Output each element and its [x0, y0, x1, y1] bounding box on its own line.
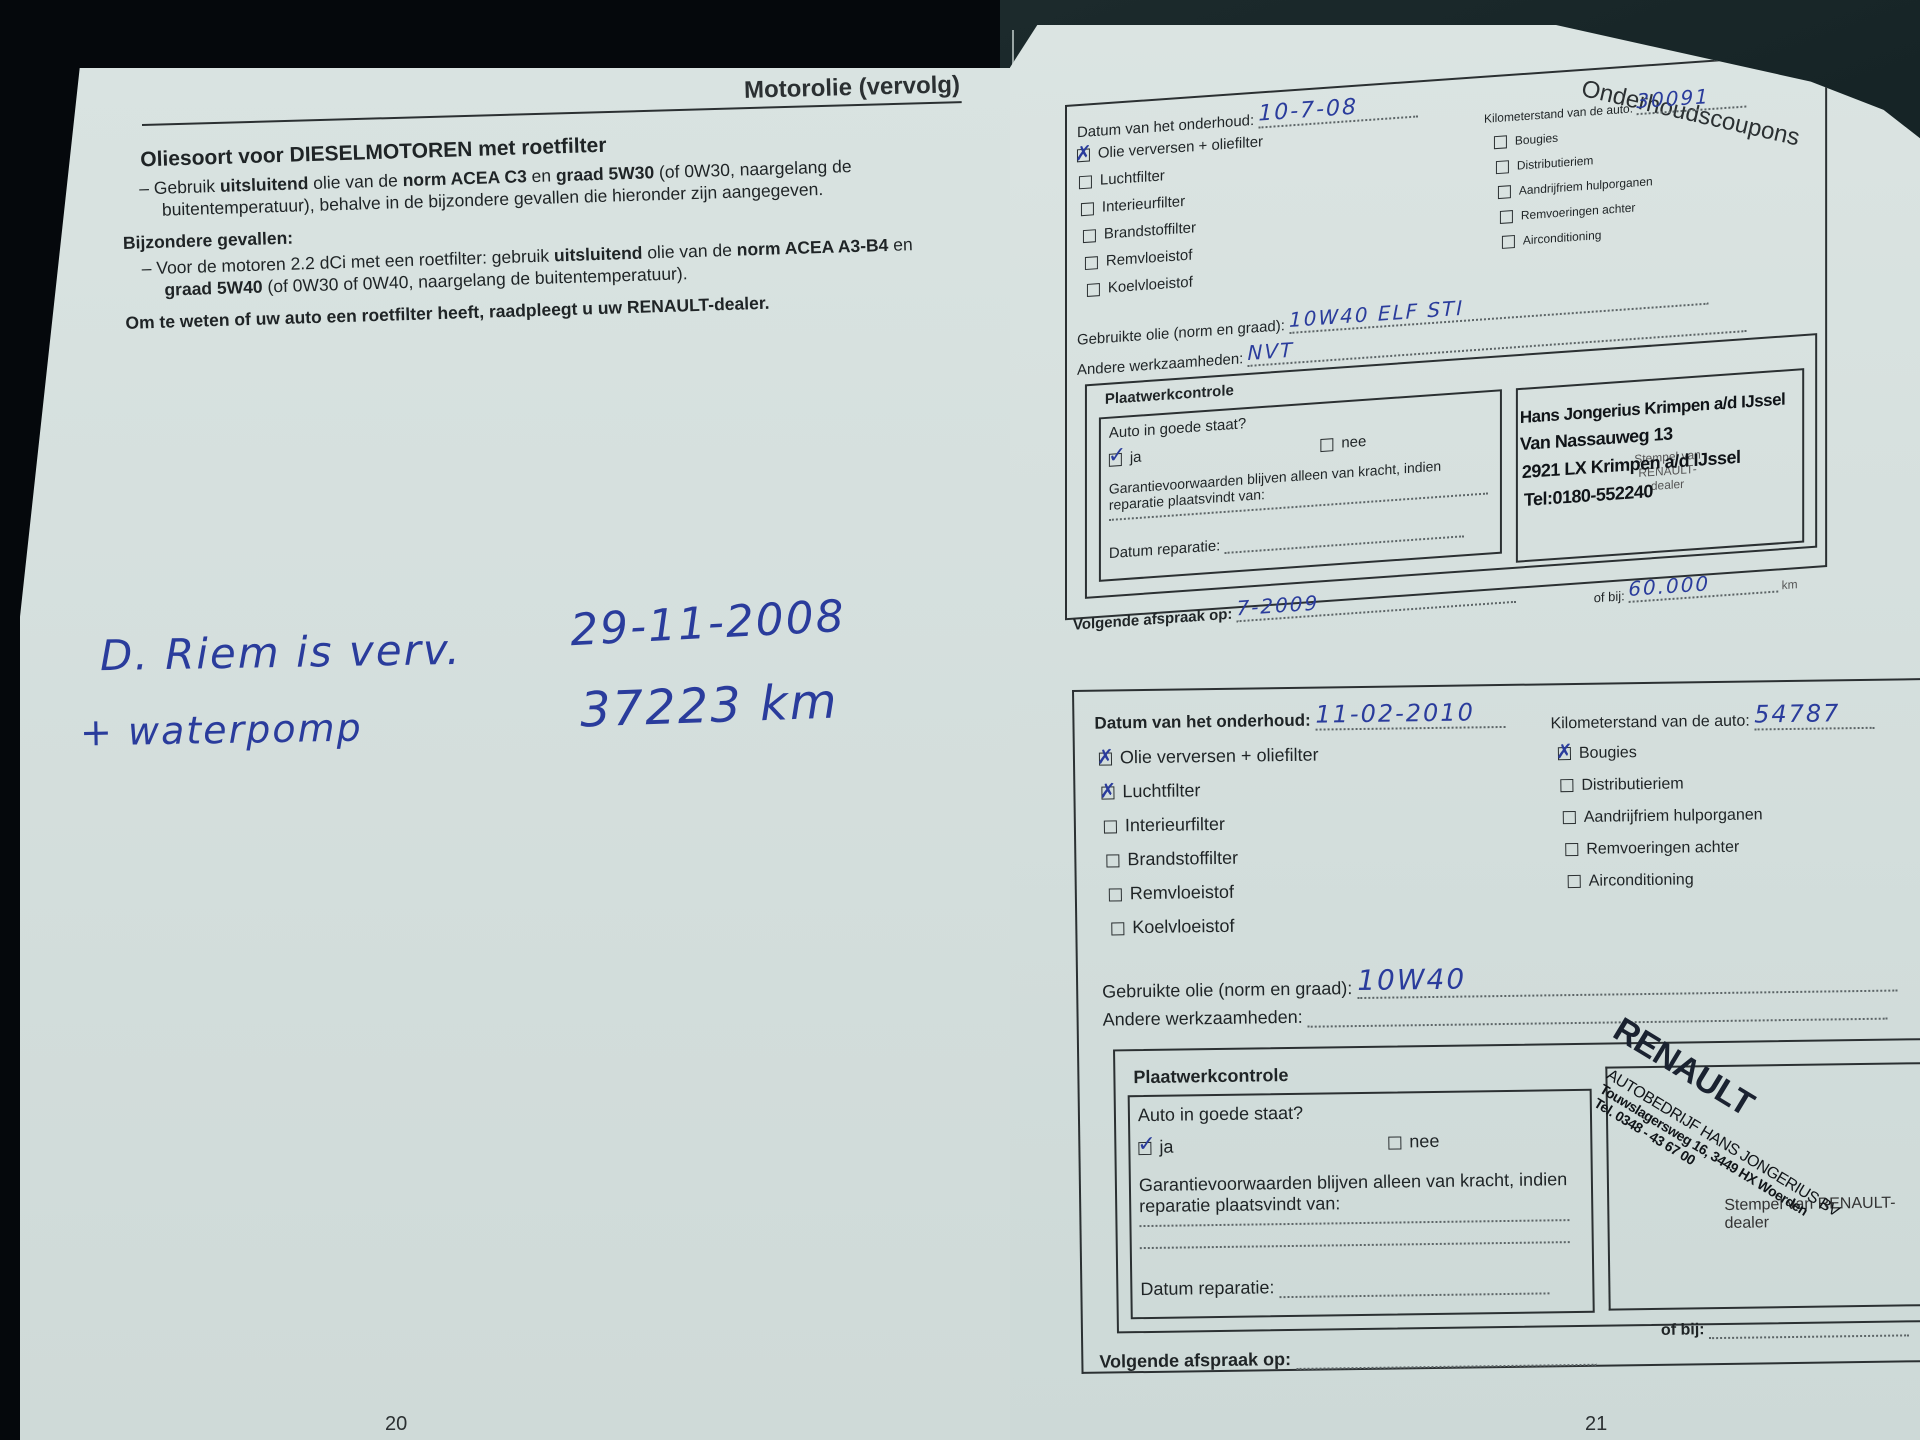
- service-date-value[interactable]: 11-02-2010: [1315, 698, 1505, 731]
- odometer-field: Kilometerstand van de auto: 54787: [1550, 699, 1874, 734]
- checkbox[interactable]: [1081, 202, 1094, 216]
- checkbox[interactable]: [1104, 820, 1117, 833]
- page-number-left: 20: [385, 1413, 407, 1436]
- handwritten-note-belt: D. Riem is verv.: [100, 625, 462, 680]
- condition-no[interactable]: nee: [1320, 433, 1366, 453]
- repair-date-value[interactable]: [1225, 535, 1464, 554]
- repair-line-2[interactable]: [1140, 1241, 1570, 1249]
- checkbox[interactable]: [1111, 922, 1124, 935]
- dealer-stamp-box: Stempel van RENAULT-dealer Hans Jongeriu…: [1516, 368, 1804, 563]
- checkbox[interactable]: [1079, 175, 1092, 189]
- bodywork-title: Plaatwerkcontrole: [1105, 382, 1234, 408]
- checkbox-checked[interactable]: [1558, 747, 1571, 760]
- checkbox[interactable]: [1085, 256, 1098, 270]
- handwritten-note-pump: + waterpomp: [80, 706, 363, 755]
- stamp-line-4: Tel:0180-552240: [1524, 481, 1653, 511]
- checkbox[interactable]: [1568, 875, 1581, 888]
- checklist-label: Distributieriem: [1581, 775, 1683, 793]
- checkbox-checked[interactable]: [1099, 752, 1112, 765]
- stamp-line-1: Hans Jongerius Krimpen a/d IJssel: [1520, 390, 1785, 429]
- checkbox[interactable]: [1087, 283, 1100, 297]
- checklist-item[interactable]: Aandrijfriem hulporganen: [1563, 806, 1763, 827]
- warranty-text: Garantievoorwaarden blijven alleen van k…: [1139, 1169, 1580, 1217]
- checkbox[interactable]: [1109, 888, 1122, 901]
- checkbox[interactable]: [1498, 185, 1511, 199]
- condition-question: Auto in goede staat?: [1138, 1103, 1303, 1126]
- dealer-stamp-box: Stempel van RENAULT-dealer RENAULT AUTOB…: [1605, 1062, 1920, 1311]
- checkbox[interactable]: [1494, 136, 1507, 150]
- checkbox[interactable]: [1560, 779, 1573, 792]
- checklist-label: Interieurfilter: [1125, 814, 1225, 835]
- checkbox[interactable]: [1500, 210, 1513, 224]
- checkbox-no[interactable]: [1320, 438, 1333, 452]
- repair-date-field: Datum reparatie:: [1140, 1273, 1549, 1300]
- checkbox[interactable]: [1502, 235, 1515, 249]
- next-km-field: of bij:: [1661, 1318, 1909, 1339]
- header-rule: [142, 101, 962, 126]
- checkbox[interactable]: [1106, 854, 1119, 867]
- repair-line-1[interactable]: [1139, 1219, 1569, 1227]
- checklist-label: Remvloeistof: [1130, 882, 1234, 903]
- condition-question: Auto in goede staat?: [1109, 415, 1246, 442]
- checkbox-yes[interactable]: [1109, 452, 1122, 466]
- condition-box: Auto in goede staat? ja nee Garantievoor…: [1099, 389, 1502, 582]
- condition-box: Auto in goede staat? ja nee Garantievoor…: [1128, 1089, 1595, 1319]
- checkbox-yes[interactable]: [1138, 1142, 1151, 1155]
- page-number-right: 21: [1585, 1413, 1607, 1436]
- bodywork-title: Plaatwerkcontrole: [1133, 1065, 1288, 1088]
- repair-date-value[interactable]: [1280, 1292, 1550, 1298]
- left-page: Motorolie (vervolg) Oliesoort voor DIESE…: [20, 68, 1015, 1440]
- right-page: Onderhoudscoupons Datum van het onderhou…: [1010, 25, 1920, 1440]
- checklist-label: Brandstoffilter: [1127, 848, 1238, 870]
- maintenance-coupon-2: Datum van het onderhoud: 11-02-2010 Kilo…: [1072, 678, 1920, 1390]
- checklist-item[interactable]: Airconditioning: [1568, 871, 1694, 891]
- checklist-item[interactable]: Distributieriem: [1560, 775, 1683, 795]
- checklist-label: Bougies: [1579, 744, 1637, 762]
- checklist-item[interactable]: Remvoeringen achter: [1565, 839, 1739, 859]
- checklist-item[interactable]: Luchtfilter: [1101, 780, 1200, 802]
- checklist-label: Airconditioning: [1589, 871, 1694, 889]
- service-date-field: Datum van het onderhoud: 11-02-2010: [1094, 698, 1505, 734]
- checklist-item[interactable]: Olie verversen + oliefilter: [1099, 745, 1319, 769]
- checkbox[interactable]: [1563, 811, 1576, 824]
- checkbox[interactable]: [1083, 229, 1096, 243]
- handwritten-date: 29-11-2008: [569, 591, 847, 656]
- checkbox[interactable]: [1496, 161, 1509, 175]
- checklist-label: Aandrijfriem hulporganen: [1584, 806, 1763, 825]
- checklist-item[interactable]: Bougies: [1558, 744, 1637, 763]
- condition-yes[interactable]: ja: [1138, 1137, 1173, 1158]
- checklist-label: Luchtfilter: [1122, 780, 1200, 801]
- oil-spec-text: Oliesoort voor DIESELMOTOREN met roetfil…: [120, 124, 945, 334]
- checkbox[interactable]: [1565, 843, 1578, 856]
- repair-date-field: Datum reparatie:: [1109, 520, 1464, 562]
- checklist-label: Bougies: [1515, 131, 1558, 148]
- checkbox-no[interactable]: [1388, 1136, 1401, 1149]
- handwritten-km: 37223 km: [579, 674, 839, 739]
- checkbox-checked[interactable]: [1077, 148, 1090, 162]
- checklist-item[interactable]: Koelvloeistof: [1111, 916, 1234, 939]
- checklist-label: Remvoeringen achter: [1586, 839, 1739, 858]
- condition-yes[interactable]: ja: [1109, 449, 1142, 468]
- odometer-value[interactable]: 54787: [1754, 699, 1874, 731]
- warranty-text: Garantievoorwaarden blijven alleen van k…: [1109, 454, 1493, 513]
- checkbox-checked[interactable]: [1101, 786, 1114, 799]
- checklist-label: Olie verversen + oliefilter: [1120, 745, 1319, 768]
- page-header-title: Motorolie (vervolg): [744, 71, 961, 105]
- maintenance-coupon-1: Datum van het onderhoud: 10-7-08 Kilomet…: [1065, 30, 1853, 646]
- condition-no[interactable]: nee: [1388, 1131, 1439, 1153]
- checklist-item[interactable]: Interieurfilter: [1104, 814, 1225, 837]
- checklist-item[interactable]: Remvloeistof: [1109, 882, 1234, 905]
- checklist-item[interactable]: Brandstoffilter: [1106, 848, 1238, 871]
- checklist-label: Koelvloeistof: [1132, 916, 1234, 937]
- bodywork-section: Plaatwerkcontrole Auto in goede staat? j…: [1113, 1038, 1920, 1333]
